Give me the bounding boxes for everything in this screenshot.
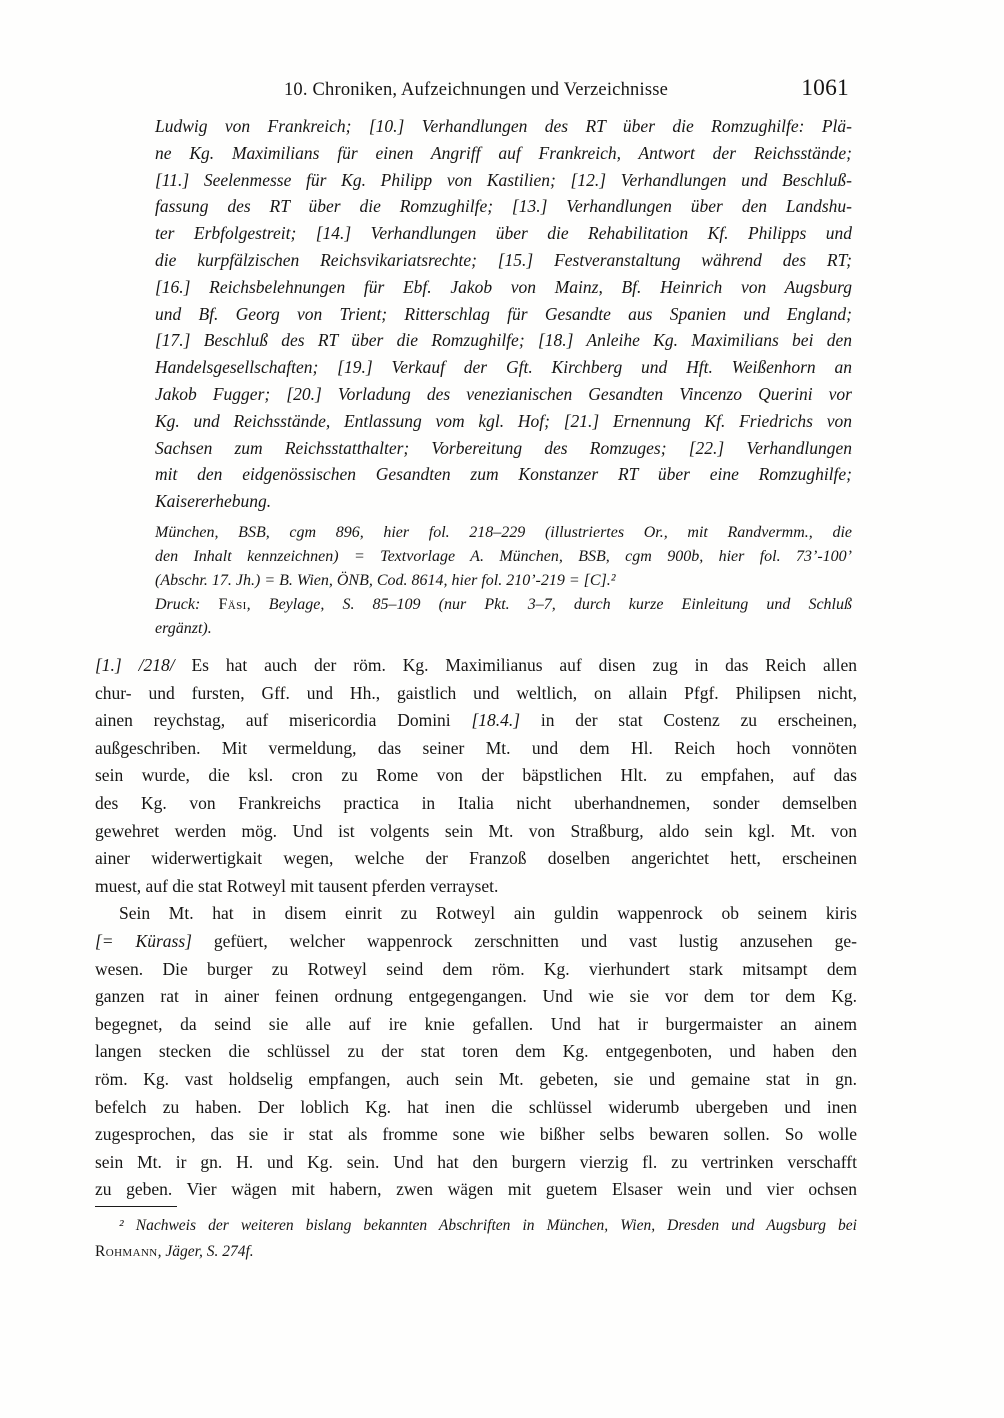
text-line: Sachsen zum Reichsstatthalter; Vorbereit…: [155, 435, 852, 462]
text-line: (Abschr. 17. Jh.) = B. Wien, ÖNB, Cod. 8…: [155, 569, 852, 593]
text-line: Handelsgesellschaften; [19.] Verkauf der…: [155, 354, 852, 381]
print-note: Druck: Fäsi, Beylage, S. 85–109 (nur Pkt…: [155, 593, 852, 641]
section-heading: 10. Chroniken, Aufzeichnungen und Verzei…: [284, 80, 668, 100]
text-line: [17.] Beschluß des RT über die Romzughil…: [155, 327, 852, 354]
edition-text-block: [1.] /218/ Es hat auch der röm. Kg. Maxi…: [95, 652, 857, 1204]
footnote-separator-rule: [95, 1206, 177, 1207]
book-page: 10. Chroniken, Aufzeichnungen und Verzei…: [0, 0, 1004, 1418]
text-line: fassung des RT über die Romzughilfe; [13…: [155, 193, 852, 220]
text-line: den Inhalt kennzeichnen) = Textvorlage A…: [155, 545, 852, 569]
text-line: wesen. Die burger zu Rotweyl seind dem r…: [95, 956, 857, 984]
text-line: Rohmann, Jäger, S. 274f.: [95, 1239, 857, 1265]
page-number: 1061: [801, 75, 849, 102]
text-line: [1.] /218/ Es hat auch der röm. Kg. Maxi…: [95, 652, 857, 680]
text-line: ganzen rat in ainer feinen ordnung entge…: [95, 983, 857, 1011]
text-line: gewehret werden mög. Und ist volgents se…: [95, 818, 857, 846]
text-line: Ludwig von Frankreich; [10.] Verhandlung…: [155, 113, 852, 140]
text-line: München, BSB, cgm 896, hier fol. 218–229…: [155, 521, 852, 545]
regest-summary-block: Ludwig von Frankreich; [10.] Verhandlung…: [155, 113, 852, 515]
text-line: [= Kürass] gefüert, welcher wappenrock z…: [95, 928, 857, 956]
text-line: befelch zu haben. Der loblich Kg. hat in…: [95, 1094, 857, 1122]
text-line: mit den eidgenössischen Gesandten zum Ko…: [155, 461, 852, 488]
text-line: die kurpfälzischen Reichsvikariatsrechte…: [155, 247, 852, 274]
text-line: chur- und fursten, Gff. und Hh., gaistli…: [95, 680, 857, 708]
body-paragraph-2: Sein Mt. hat in disem einrit zu Rotweyl …: [95, 900, 857, 1204]
text-line: sein Mt. ir gn. H. und Kg. sein. Und hat…: [95, 1149, 857, 1177]
text-line: zu geben. Vier wägen mit habern, zwen wä…: [95, 1176, 857, 1204]
manuscripts-note: München, BSB, cgm 896, hier fol. 218–229…: [155, 521, 852, 593]
running-header: 10. Chroniken, Aufzeichnungen und Verzei…: [95, 80, 857, 101]
text-line: außgeschriben. Mit vermeldung, das seine…: [95, 735, 857, 763]
text-line: ainen reychstag, auf misericordia Domini…: [95, 707, 857, 735]
text-line: ter Erbfolgestreit; [14.] Verhandlungen …: [155, 220, 852, 247]
source-note-block: München, BSB, cgm 896, hier fol. 218–229…: [155, 521, 852, 641]
text-line: sein wurde, die ksl. cron zu Rome von de…: [95, 762, 857, 790]
text-line: muest, auf die stat Rotweyl mit tausent …: [95, 873, 857, 901]
text-line: [11.] Seelenmesse für Kg. Philipp von Ka…: [155, 167, 852, 194]
body-paragraph-1: [1.] /218/ Es hat auch der röm. Kg. Maxi…: [95, 652, 857, 900]
text-line: ergänzt).: [155, 617, 852, 641]
text-line: ² Nachweis der weiteren bislang bekannte…: [95, 1213, 857, 1239]
footnote-block: ² Nachweis der weiteren bislang bekannte…: [95, 1213, 857, 1265]
text-line: langen stecken die schlüssel zu der stat…: [95, 1038, 857, 1066]
text-line: begegnet, da seind sie alle auf ire knie…: [95, 1011, 857, 1039]
text-line: Druck: Fäsi, Beylage, S. 85–109 (nur Pkt…: [155, 593, 852, 617]
text-line: Jakob Fugger; [20.] Vorladung des venezi…: [155, 381, 852, 408]
text-line: Kaisererhebung.: [155, 488, 852, 515]
text-line: ainer widerwertigkait wegen, welche der …: [95, 845, 857, 873]
text-line: [16.] Reichsbelehnungen für Ebf. Jakob v…: [155, 274, 852, 301]
text-line: röm. Kg. vast holdselig empfangen, auch …: [95, 1066, 857, 1094]
text-line: Sein Mt. hat in disem einrit zu Rotweyl …: [95, 900, 857, 928]
text-line: und Bf. Georg von Trient; Ritterschlag f…: [155, 301, 852, 328]
text-line: ne Kg. Maximilians für einen Angriff auf…: [155, 140, 852, 167]
text-line: des Kg. von Frankreichs practica in Ital…: [95, 790, 857, 818]
text-line: Kg. und Reichsstände, Entlassung vom kgl…: [155, 408, 852, 435]
text-line: zugesprochen, das sie ir stat als fromme…: [95, 1121, 857, 1149]
